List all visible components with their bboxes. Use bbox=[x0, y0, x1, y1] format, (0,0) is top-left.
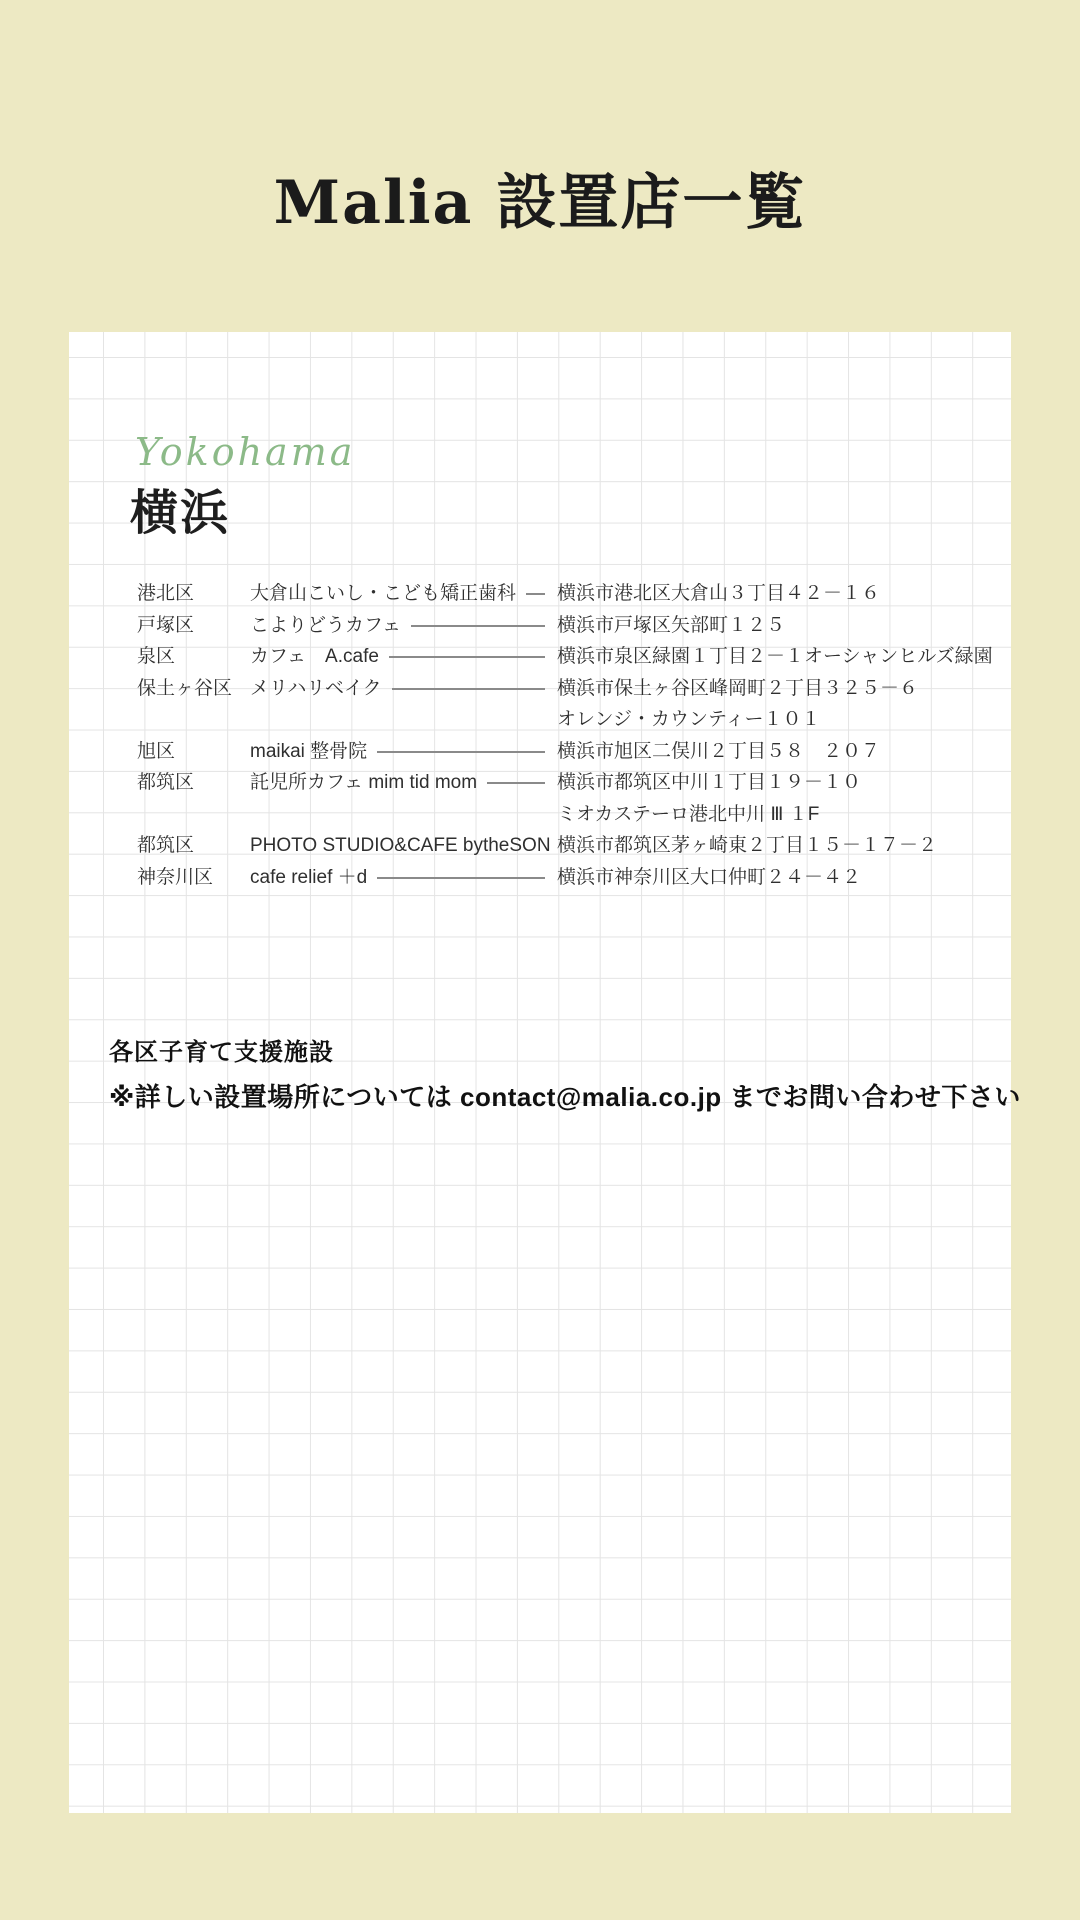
store-name-block: maikai 整骨院 bbox=[250, 736, 557, 768]
region-script-label: Yokohama bbox=[135, 430, 355, 474]
store-district: 保土ヶ谷区 bbox=[137, 673, 250, 705]
store-name: 託児所カフェ mim tid mom bbox=[250, 767, 477, 799]
store-district: 都筑区 bbox=[137, 767, 250, 799]
address-line: ミオカステーロ港北中川 Ⅲ １F bbox=[557, 799, 969, 831]
store-name: こよりどうカフェ bbox=[250, 610, 401, 642]
footer-note: 各区子育て支援施設 ※詳しい設置場所については contact@malia.co… bbox=[109, 1037, 1021, 1113]
leader-line bbox=[392, 688, 545, 690]
store-row: 都筑区 託児所カフェ mim tid mom 横浜市都筑区中川１丁目１９－１０ミ… bbox=[137, 767, 969, 830]
store-name-block: PHOTO STUDIO&CAFE bytheSON bbox=[250, 830, 557, 862]
store-name-block: 大倉山こいし・こども矯正歯科 bbox=[250, 578, 557, 610]
flyer-page: Malia 設置店一覧 Yokohama 横浜 港北区 大倉山こいし・こども矯正… bbox=[0, 0, 1080, 1920]
store-district: 旭区 bbox=[137, 736, 250, 768]
store-district: 神奈川区 bbox=[137, 862, 250, 894]
store-address: 横浜市神奈川区大口仲町２４－４２ bbox=[557, 862, 969, 894]
store-name-block: 託児所カフェ mim tid mom bbox=[250, 767, 557, 799]
store-row: 保土ヶ谷区 メリハリベイク 横浜市保土ヶ谷区峰岡町２丁目３２５－６オレンジ・カウ… bbox=[137, 673, 969, 736]
store-name: maikai 整骨院 bbox=[250, 736, 367, 768]
leader-line bbox=[377, 751, 545, 753]
store-district: 都筑区 bbox=[137, 830, 250, 862]
address-line: オレンジ・カウンティー１０１ bbox=[557, 704, 969, 736]
store-address: 横浜市都筑区中川１丁目１９－１０ミオカステーロ港北中川 Ⅲ １F bbox=[557, 767, 969, 830]
store-name: メリハリベイク bbox=[250, 673, 382, 705]
store-name: 大倉山こいし・こども矯正歯科 bbox=[250, 578, 516, 610]
store-address: 横浜市保土ヶ谷区峰岡町２丁目３２５－６オレンジ・カウンティー１０１ bbox=[557, 673, 969, 736]
store-district: 港北区 bbox=[137, 578, 250, 610]
leader-line bbox=[377, 877, 545, 879]
address-line: 横浜市保土ヶ谷区峰岡町２丁目３２５－６ bbox=[557, 673, 969, 705]
store-district: 泉区 bbox=[137, 641, 250, 673]
address-line: 横浜市泉区緑園１丁目２－１オーシャンヒルズ緑園 bbox=[557, 641, 969, 673]
store-row: 港北区 大倉山こいし・こども矯正歯科 横浜市港北区大倉山３丁目４２－１６ bbox=[137, 578, 969, 610]
leader-line bbox=[526, 593, 545, 595]
address-line: 横浜市港北区大倉山３丁目４２－１６ bbox=[557, 578, 969, 610]
leader-line bbox=[411, 625, 545, 627]
store-address: 横浜市戸塚区矢部町１２５ bbox=[557, 610, 969, 642]
store-row: 戸塚区 こよりどうカフェ 横浜市戸塚区矢部町１２５ bbox=[137, 610, 969, 642]
footer-contact-note: ※詳しい設置場所については contact@malia.co.jp までお問い合… bbox=[109, 1081, 1021, 1113]
store-name: cafe relief ＋d bbox=[250, 862, 367, 894]
store-row: 泉区 カフェ A.cafe 横浜市泉区緑園１丁目２－１オーシャンヒルズ緑園 bbox=[137, 641, 969, 673]
address-line: 横浜市神奈川区大口仲町２４－４２ bbox=[557, 862, 969, 894]
address-line: 横浜市都筑区中川１丁目１９－１０ bbox=[557, 767, 969, 799]
footer-facility-note: 各区子育て支援施設 bbox=[109, 1037, 1021, 1068]
store-address: 横浜市旭区二俣川２丁目５８ ２０７ bbox=[557, 736, 969, 768]
store-row: 都筑区 PHOTO STUDIO&CAFE bytheSON 横浜市都筑区茅ヶ崎… bbox=[137, 830, 969, 862]
store-list: 港北区 大倉山こいし・こども矯正歯科 横浜市港北区大倉山３丁目４２－１６ 戸塚区… bbox=[137, 578, 969, 893]
address-line: 横浜市都筑区茅ヶ崎東２丁目１５－１７－２ bbox=[557, 830, 969, 862]
store-address: 横浜市都筑区茅ヶ崎東２丁目１５－１７－２ bbox=[557, 830, 969, 862]
region-heading: 横浜 bbox=[130, 474, 230, 543]
store-name: PHOTO STUDIO&CAFE bytheSON bbox=[250, 830, 551, 862]
store-name-block: メリハリベイク bbox=[250, 673, 557, 705]
store-name-block: こよりどうカフェ bbox=[250, 610, 557, 642]
page-title: Malia 設置店一覧 bbox=[0, 155, 1080, 241]
store-list-card: Yokohama 横浜 港北区 大倉山こいし・こども矯正歯科 横浜市港北区大倉山… bbox=[69, 332, 1011, 1813]
store-address: 横浜市泉区緑園１丁目２－１オーシャンヒルズ緑園 bbox=[557, 641, 969, 673]
store-name-block: カフェ A.cafe bbox=[250, 641, 557, 673]
leader-line bbox=[487, 782, 545, 784]
store-address: 横浜市港北区大倉山３丁目４２－１６ bbox=[557, 578, 969, 610]
store-row: 神奈川区 cafe relief ＋d 横浜市神奈川区大口仲町２４－４２ bbox=[137, 862, 969, 894]
address-line: 横浜市戸塚区矢部町１２５ bbox=[557, 610, 969, 642]
leader-line bbox=[389, 656, 545, 658]
store-name: カフェ A.cafe bbox=[250, 641, 379, 673]
store-name-block: cafe relief ＋d bbox=[250, 862, 557, 894]
address-line: 横浜市旭区二俣川２丁目５８ ２０７ bbox=[557, 736, 969, 768]
store-row: 旭区 maikai 整骨院 横浜市旭区二俣川２丁目５８ ２０７ bbox=[137, 736, 969, 768]
store-district: 戸塚区 bbox=[137, 610, 250, 642]
